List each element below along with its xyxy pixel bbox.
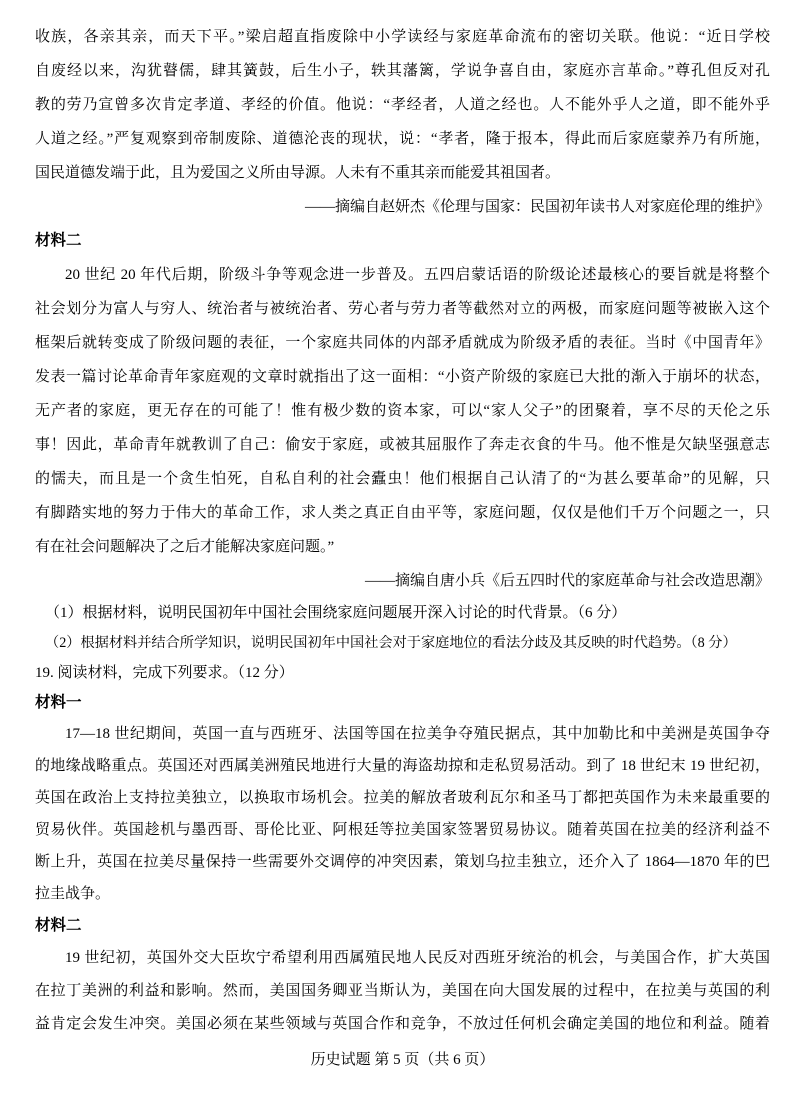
exam-page: 收族，各亲其亲，而天下平。”梁启超直指废除中小学读经与家庭革命流布的密切关联。他… <box>0 0 800 1075</box>
text-line: 社会划分为富人与穷人、统治者与被统治者、劳心者与劳力者等截然对立的两极，而家庭问… <box>35 292 770 326</box>
text-line: 框架后就转变成了阶级问题的表征，一个家庭共同体的内部矛盾就成为阶级矛盾的表征。当… <box>35 326 770 360</box>
material-two-heading-q19: 材料二 <box>35 910 770 942</box>
question-19-stem: 19. 阅读材料，完成下列要求。（12 分） <box>35 658 770 688</box>
text-line: 益肯定会发生冲突。美国必须在某些领域与英国合作和竞争，不放过任何机会确定美国的地… <box>35 1008 770 1041</box>
paragraph-q18-material2: 20 世纪 20 年代后期，阶级斗争等观念进一步普及。五四启蒙话语的阶级论述最核… <box>35 258 770 564</box>
material-one-heading-q19: 材料一 <box>35 688 770 718</box>
text-line: 收族，各亲其亲，而天下平。”梁启超直指废除中小学读经与家庭革命流布的密切关联。他… <box>35 20 770 54</box>
text-line: 在拉丁美洲的利益和影响。然而，美国国务卿亚当斯认为，美国在向大国发展的过程中，在… <box>35 975 770 1008</box>
text-line: 17—18 世纪期间，英国一直与西班牙、法国等国在拉美争夺殖民据点，其中加勒比和… <box>35 718 770 750</box>
source-attribution-tang-xiaobing: ——摘编自唐小兵《后五四时代的家庭革命与社会改造思潮》 <box>35 564 770 598</box>
text-line: 人道之经。”严复观察到帝制废除、道德沦丧的现状，说：“孝者，隆于报本，得此而后家… <box>35 122 770 156</box>
question-18-part-1: （1）根据材料，说明民国初年中国社会围绕家庭问题展开深入讨论的时代背景。（6 分… <box>35 598 770 628</box>
text-line: 19 世纪初，英国外交大臣坎宁希望利用西属殖民地人民反对西班牙统治的机会，与美国… <box>35 942 770 975</box>
text-line: 英国在政治上支持拉美独立，以换取市场机会。拉美的解放者玻利瓦尔和圣马丁都把英国作… <box>35 782 770 814</box>
text-line: 国民道德发端于此，且为爱国之义所由导源。人未有不重其亲而能爱其祖国者。 <box>35 156 770 190</box>
text-line: 教的劳乃宣曾多次肯定孝道、孝经的价值。他说：“孝经者，人道之经也。人不能外乎人之… <box>35 88 770 122</box>
text-line: 断上升，英国在拉美尽量保持一些需要外交调停的冲突因素，策划乌拉圭独立，还介入了 … <box>35 846 770 878</box>
text-line: 无产者的家庭，更无存在的可能了！惟有极少数的资本家，可以“家人父子”的团聚着，享… <box>35 394 770 428</box>
text-line: 的地缘战略重点。英国还对西属美洲殖民地进行大量的海盗劫掠和走私贸易活动。到了 1… <box>35 750 770 782</box>
text-line: 事！因此，革命青年就教训了自己：偷安于家庭，或被其屈服作了奔走衣食的牛马。他不惟… <box>35 428 770 462</box>
text-line: 拉圭战争。 <box>35 878 770 910</box>
paragraph-q18-material1-continued: 收族，各亲其亲，而天下平。”梁启超直指废除中小学读经与家庭革命流布的密切关联。他… <box>35 20 770 190</box>
text-line: 发表一篇讨论革命青年家庭观的文章时就指出了这一面相：“小资产阶级的家庭已大批的渐… <box>35 360 770 394</box>
text-line: 有在社会问题解决了之后才能解决家庭问题。” <box>35 530 770 564</box>
source-attribution-zhao-yanjie: ——摘编自赵妍杰《伦理与国家：民国初年读书人对家庭伦理的维护》 <box>35 190 770 224</box>
paragraph-q19-material2: 19 世纪初，英国外交大臣坎宁希望利用西属殖民地人民反对西班牙统治的机会，与美国… <box>35 942 770 1041</box>
text-line: 有脚踏实地的努力于伟大的革命工作，求人类之真正自由平等，家庭问题，仅仅是他们千万… <box>35 496 770 530</box>
text-line: 贸易伙伴。英国趁机与墨西哥、哥伦比亚、阿根廷等拉美国家签署贸易协议。随着英国在拉… <box>35 814 770 846</box>
page-footer: 历史试题 第 5 页（共 6 页） <box>35 1045 770 1075</box>
text-line: 的懦夫，而且是一个贪生怕死，自私自利的社会蠹虫！他们根据自己认清了的“为甚么要革… <box>35 462 770 496</box>
question-18-subquestions: （1）根据材料，说明民国初年中国社会围绕家庭问题展开深入讨论的时代背景。（6 分… <box>35 598 770 718</box>
material-two-heading-q18: 材料二 <box>35 224 770 258</box>
text-line: 自废经以来，沟犹瞽儒，肆其簧鼓，后生小子，轶其藩篱，学说争喜自由，家庭亦言革命。… <box>35 54 770 88</box>
question-18-part-2: （2）根据材料并结合所学知识，说明民国初年中国社会对于家庭地位的看法分歧及其反映… <box>35 628 770 658</box>
text-line: 20 世纪 20 年代后期，阶级斗争等观念进一步普及。五四启蒙话语的阶级论述最核… <box>35 258 770 292</box>
paragraph-q19-material1: 17—18 世纪期间，英国一直与西班牙、法国等国在拉美争夺殖民据点，其中加勒比和… <box>35 718 770 910</box>
